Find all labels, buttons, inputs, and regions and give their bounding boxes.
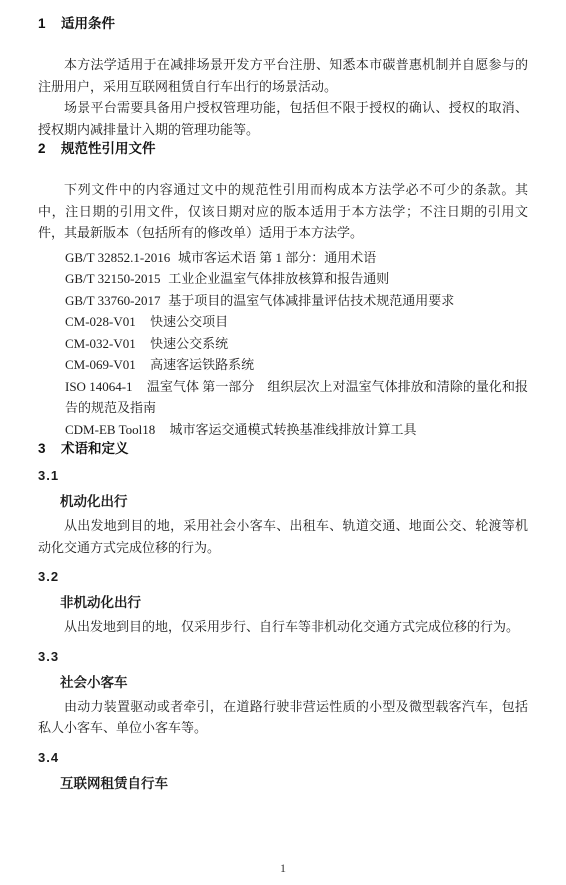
- term-number: 3.4: [38, 749, 528, 766]
- reference-title: 温室气体 第一部分 组织层次上对温室气体排放和清除的量化和报告的规范及指南: [65, 379, 528, 416]
- reference-title: 快速公交系统: [150, 336, 228, 351]
- reference-title: 城市客运交通模式转换基准线排放计算工具: [170, 422, 417, 437]
- section-normative-references: 2规范性引用文件 下列文件中的内容通过文中的规范性引用而构成本方法学必不可少的条…: [38, 140, 528, 440]
- section-number: 1: [38, 15, 61, 32]
- term-name: 互联网租赁自行车: [38, 775, 528, 792]
- term-number: 3.3: [38, 648, 528, 665]
- reference-code: GB/T 32852.1-2016: [65, 250, 170, 265]
- section-heading: 1适用条件: [38, 15, 528, 32]
- term-definition: 从出发地到目的地，仅采用步行、自行车等非机动化交通方式完成位移的行为。: [38, 616, 528, 638]
- term-block: 3.4 互联网租赁自行车: [38, 749, 528, 792]
- reference-title: 基于项目的温室气体减排量评估技术规范通用要求: [168, 293, 454, 308]
- paragraph: 本方法学适用于在减排场景开发方平台注册、知悉本市碳普惠机制并自愿参与的注册用户，…: [38, 54, 528, 97]
- term-name: 社会小客车: [38, 674, 528, 691]
- reference-title: 高速客运铁路系统: [150, 357, 254, 372]
- reference-code: GB/T 32150-2015: [65, 271, 160, 286]
- term-definition: 由动力装置驱动或者牵引，在道路行驶非营运性质的小型及微型载客汽车，包括私人小客车…: [38, 696, 528, 739]
- term-block: 3.1 机动化出行 从出发地到目的地，采用社会小客车、出租车、轨道交通、地面公交…: [38, 467, 528, 558]
- section-number: 3: [38, 440, 61, 457]
- section-terms-definitions: 3术语和定义 3.1 机动化出行 从出发地到目的地，采用社会小客车、出租车、轨道…: [38, 440, 528, 792]
- section-number: 2: [38, 140, 61, 157]
- section-heading: 3术语和定义: [38, 440, 528, 457]
- term-block: 3.3 社会小客车 由动力装置驱动或者牵引，在道路行驶非营运性质的小型及微型载客…: [38, 648, 528, 739]
- document-page: 1适用条件 本方法学适用于在减排场景开发方平台注册、知悉本市碳普惠机制并自愿参与…: [0, 0, 566, 885]
- reference-item: CM-032-V01快速公交系统: [38, 333, 528, 355]
- section-title: 规范性引用文件: [61, 141, 156, 156]
- term-block: 3.2 非机动化出行 从出发地到目的地，仅采用步行、自行车等非机动化交通方式完成…: [38, 568, 528, 638]
- reference-title: 工业企业温室气体排放核算和报告通则: [168, 271, 389, 286]
- section-title: 适用条件: [61, 16, 115, 31]
- term-definition: 从出发地到目的地，采用社会小客车、出租车、轨道交通、地面公交、轮渡等机动化交通方…: [38, 515, 528, 558]
- reference-item: CM-028-V01快速公交项目: [38, 311, 528, 333]
- reference-item: ISO 14064-1温室气体 第一部分 组织层次上对温室气体排放和清除的量化和…: [38, 376, 528, 419]
- term-name: 非机动化出行: [38, 594, 528, 611]
- page-number-footer: 1: [0, 861, 566, 875]
- reference-title: 快速公交项目: [150, 314, 228, 329]
- reference-code: CM-069-V01: [65, 357, 136, 372]
- section-title: 术语和定义: [61, 441, 129, 456]
- term-name: 机动化出行: [38, 493, 528, 510]
- paragraph: 场景平台需要具备用户授权管理功能，包括但不限于授权的确认、授权的取消、授权期内减…: [38, 97, 528, 140]
- reference-item: GB/T 33760-2017基于项目的温室气体减排量评估技术规范通用要求: [38, 290, 528, 312]
- section-heading: 2规范性引用文件: [38, 140, 528, 157]
- section-applicability: 1适用条件 本方法学适用于在减排场景开发方平台注册、知悉本市碳普惠机制并自愿参与…: [38, 15, 528, 140]
- reference-title: 城市客运术语 第 1 部分：通用术语: [178, 250, 376, 265]
- reference-item: GB/T 32150-2015工业企业温室气体排放核算和报告通则: [38, 268, 528, 290]
- reference-item: CDM-EB Tool18城市客运交通模式转换基准线排放计算工具: [38, 419, 528, 441]
- reference-code: GB/T 33760-2017: [65, 293, 160, 308]
- reference-item: GB/T 32852.1-2016城市客运术语 第 1 部分：通用术语: [38, 247, 528, 269]
- reference-list: GB/T 32852.1-2016城市客运术语 第 1 部分：通用术语 GB/T…: [38, 247, 528, 441]
- reference-code: ISO 14064-1: [65, 379, 133, 394]
- reference-code: CM-028-V01: [65, 314, 136, 329]
- term-number: 3.2: [38, 568, 528, 585]
- reference-code: CDM-EB Tool18: [65, 422, 155, 437]
- term-number: 3.1: [38, 467, 528, 484]
- reference-item: CM-069-V01高速客运铁路系统: [38, 354, 528, 376]
- paragraph: 下列文件中的内容通过文中的规范性引用而构成本方法学必不可少的条款。其中，注日期的…: [38, 179, 528, 244]
- reference-code: CM-032-V01: [65, 336, 136, 351]
